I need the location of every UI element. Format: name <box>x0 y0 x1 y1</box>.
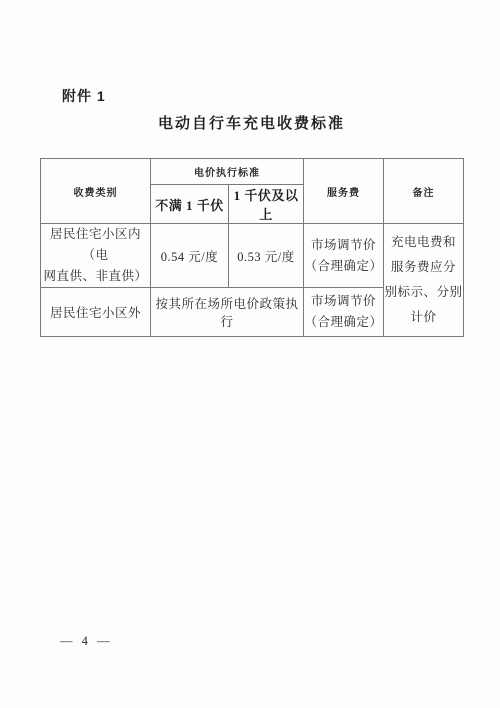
table-header-row-top: 收费类别 电价执行标准 服务费 备注 <box>41 159 464 185</box>
cell-text-line: 居民住宅小区内（电 <box>41 224 150 266</box>
table-row: 居民住宅小区内（电 网直供、非直供） 0.54 元/度 0.53 元/度 市场调… <box>41 224 464 288</box>
cell-text-line: 充电电费和 <box>384 230 463 255</box>
header-price-under-1kv: 不满 1 千伏 <box>151 185 229 224</box>
cell-text-line: 计价 <box>384 305 463 330</box>
cell-price-1kv-and-above: 0.53 元/度 <box>229 224 304 288</box>
cell-remark-merged: 充电电费和 服务费应分 别标示、分别 计价 <box>384 224 464 337</box>
header-price-group: 电价执行标准 <box>151 159 304 185</box>
attachment-label: 附件 1 <box>62 86 106 106</box>
cell-service-fee-row1: 市场调节价 （合理确定） <box>304 224 384 288</box>
cell-text-line: 服务费应分 <box>384 255 463 280</box>
cell-text-line: 别标示、分别 <box>384 280 463 305</box>
cell-text-line: （合理确定） <box>304 312 383 333</box>
cell-price-policy-merged: 按其所在场所电价政策执行 <box>151 288 304 337</box>
cell-category-residential-outside: 居民住宅小区外 <box>41 288 151 337</box>
header-service-fee: 服务费 <box>304 159 384 224</box>
cell-category-residential-inside: 居民住宅小区内（电 网直供、非直供） <box>41 224 151 288</box>
cell-service-fee-row2: 市场调节价 （合理确定） <box>304 288 384 337</box>
page-number: — 4 — <box>60 634 113 649</box>
document-page: 附件 1 电动自行车充电收费标准 收费类别 电价执行标准 服务费 备注 不满 1… <box>0 0 500 708</box>
page-title: 电动自行车充电收费标准 <box>40 112 463 133</box>
fee-table: 收费类别 电价执行标准 服务费 备注 不满 1 千伏 1 千伏及以上 居民住宅小… <box>40 158 464 337</box>
cell-text-line: 网直供、非直供） <box>41 266 150 287</box>
cell-text-line: 市场调节价 <box>304 235 383 256</box>
cell-price-under-1kv: 0.54 元/度 <box>151 224 229 288</box>
header-remark: 备注 <box>384 159 464 224</box>
header-price-1kv-and-above: 1 千伏及以上 <box>229 185 304 224</box>
cell-text-line: 市场调节价 <box>304 291 383 312</box>
header-category: 收费类别 <box>41 159 151 224</box>
cell-text-line: （合理确定） <box>304 256 383 277</box>
